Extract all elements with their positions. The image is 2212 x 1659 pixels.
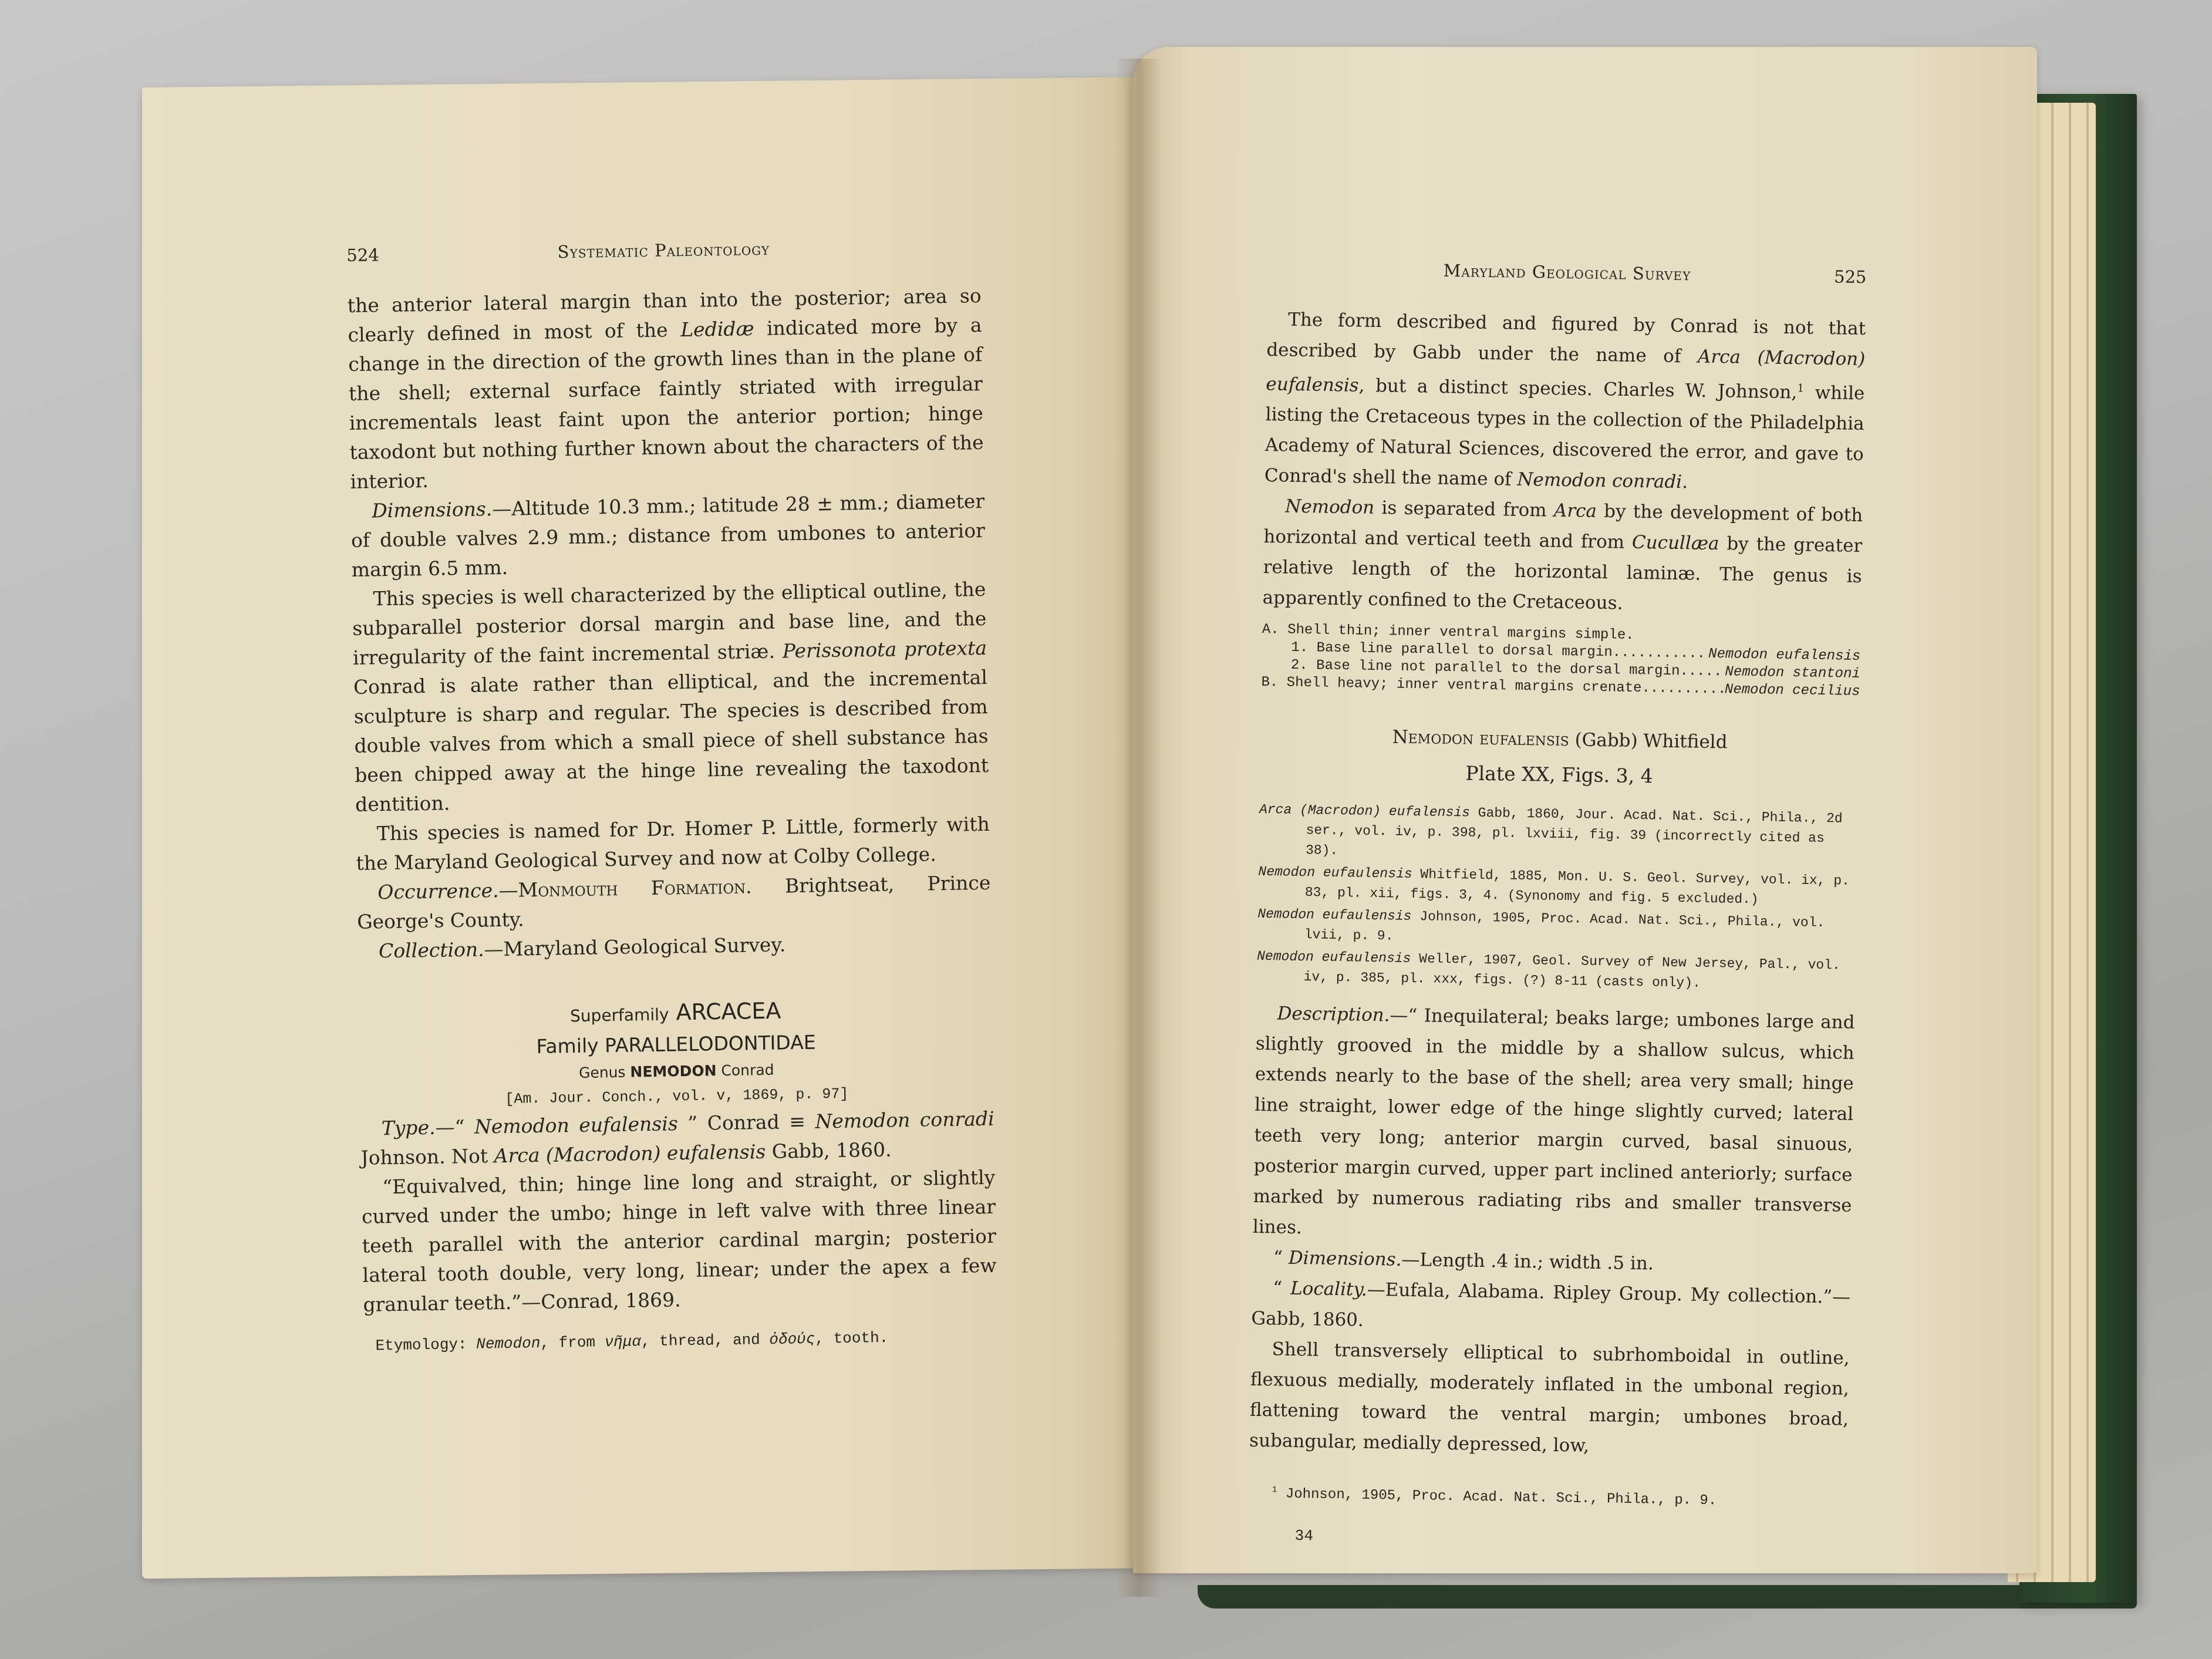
text: —Maryland Geological Survey. (484, 933, 785, 960)
text: Johnson. Not (360, 1144, 494, 1169)
section-label: Dimensions. (1289, 1247, 1402, 1270)
description-paragraph: Description.—“ Inequilateral; beaks larg… (1253, 998, 1855, 1252)
paragraph: The form described and figured by Conrad… (1265, 304, 1866, 500)
taxon-name: Nemodon eufaulensis (1257, 906, 1412, 924)
taxon-name: Nemodon conradi (815, 1107, 994, 1133)
text: —“ (435, 1115, 474, 1139)
leader-dots (1612, 645, 1708, 664)
locality-paragraph: “ Locality.—Eufala, Alabama. Ripley Grou… (1251, 1273, 1851, 1343)
taxon-name: Cucullæa (1632, 532, 1719, 554)
footnote-marker: 1 (1797, 382, 1804, 394)
footnote: 1 Johnson, 1905, Proc. Acad. Nat. Sci., … (1248, 1475, 1847, 1519)
text: is separated from (1374, 497, 1554, 521)
text: “ (1273, 1278, 1290, 1299)
running-head-title: Systematic Paleontology (440, 232, 887, 269)
section-label: Collection. (379, 938, 484, 962)
species-heading: Nemodon eufalensis (Gabb) Whitfield (1260, 720, 1860, 760)
type-paragraph: Type.—“ Nemodon eufalensis ” Conrad ≡ Ne… (360, 1104, 994, 1173)
taxon-name: Nemodon (1285, 496, 1375, 518)
greek-word: ὀδούς (769, 1330, 815, 1348)
taxon-name: Nemodon eufaulensis (1258, 864, 1412, 882)
taxon-name: Nemodon (476, 1334, 541, 1353)
text: —“ Inequilateral; beaks large; umbones l… (1253, 1005, 1855, 1239)
text: . (1682, 471, 1688, 493)
section-label: Dimensions. (372, 497, 493, 522)
section-label: Occurrence. (377, 879, 499, 903)
synonymy-entry: Nemodon eufaulensis Weller, 1907, Geol. … (1256, 946, 1856, 996)
right-page-text: Maryland Geological Survey 525 The form … (1247, 252, 1867, 1560)
heading-prefix: Family (536, 1034, 599, 1058)
taxon-name: Ledidæ (680, 317, 754, 341)
taxon-name: Arca (Macrodon) eufalensis (1259, 802, 1470, 821)
etymology-label: Etymology: (375, 1336, 476, 1355)
heading-prefix: Superfamily (570, 1005, 669, 1026)
key-value: Nemodon stantoni (1725, 664, 1860, 684)
taxon-name: Nemodon eufalensis (474, 1112, 678, 1138)
dimensions-paragraph: Dimensions.—Altitude 10.3 mm.; latitude … (350, 487, 986, 585)
leader-dots (1680, 663, 1725, 681)
key-value: Nemodon eufalensis (1708, 646, 1861, 666)
book-gutter (1115, 59, 1162, 1597)
synonymy-list: Arca (Macrodon) eufalensis Gabb, 1860, J… (1256, 800, 1858, 996)
heading-name: NEMODON (630, 1062, 716, 1080)
paragraph: This species is named for Dr. Homer P. L… (355, 810, 990, 878)
text: , from (540, 1333, 605, 1352)
text: , thread, and (641, 1331, 770, 1350)
heading-name: PARALLELODONTIDAE (605, 1031, 816, 1057)
identification-key: A. Shell thin; inner ventral margins sim… (1261, 621, 1861, 701)
taxon-name: Perissonota protexta (782, 636, 987, 662)
text: Gabb, 1860. (766, 1138, 892, 1163)
synonymy-entry: Nemodon eufaulensis Whitfield, 1885, Mon… (1258, 862, 1857, 911)
text: “ (1273, 1247, 1289, 1269)
conrad-quote: “Equivalved, thin; hinge line long and s… (361, 1163, 997, 1320)
paragraph: Shell transversely elliptical to subrhom… (1249, 1334, 1850, 1465)
taxon-name: Arca (Macrodon) eufalensis (494, 1140, 766, 1167)
leader-dots (1641, 680, 1725, 699)
species-name: Nemodon eufalensis (1392, 727, 1569, 751)
page-number: 524 (346, 239, 441, 270)
heading-name: ARCACEA (676, 998, 781, 1026)
left-page-text: 524 Systematic Paleontology the anterior… (346, 231, 998, 1361)
section-label: Description. (1277, 1003, 1390, 1026)
text: , tooth. (815, 1329, 888, 1348)
greek-word: νῆμα (604, 1333, 641, 1351)
text: ” Conrad ≡ (677, 1110, 815, 1135)
species-author: (Gabb) Whitfield (1569, 729, 1727, 753)
key-value: Nemodon cecilius (1725, 682, 1860, 702)
text: Conrad is alate rather than elliptical, … (353, 666, 989, 816)
text: —Length .4 in.; width .5 in. (1401, 1249, 1654, 1274)
paragraph: the anterior lateral margin than into th… (347, 281, 984, 497)
plate-reference: Plate XX, Figs. 3, 4 (1260, 755, 1859, 795)
book-cover-bottom-edge (1198, 1585, 2137, 1609)
taxon-name: Nemodon eufaulensis (1257, 949, 1411, 966)
synonymy-entry: Arca (Macrodon) eufalensis Gabb, 1860, J… (1259, 800, 1858, 869)
page-number: 525 (1808, 261, 1867, 292)
taxon-name: Nemodon conradi (1517, 469, 1682, 493)
occurrence-paragraph: Occurrence.—Monmouth Formation. Brightse… (356, 868, 991, 937)
paragraph: This species is well characterized by th… (352, 575, 989, 820)
section-label: Locality. (1290, 1278, 1367, 1300)
footnote-marker: 1 (1272, 1486, 1277, 1495)
section-label: Type. (381, 1116, 435, 1139)
footnote-text: Johnson, 1905, Proc. Acad. Nat. Sci., Ph… (1277, 1486, 1717, 1509)
paragraph: Nemodon is separated from Arca by the de… (1262, 491, 1863, 622)
text: — (498, 879, 518, 902)
formation-name: Monmouth Formation. (518, 875, 752, 901)
taxon-name: Arca (1554, 500, 1597, 522)
heading-prefix: Genus (579, 1064, 626, 1081)
heading-author: Conrad (721, 1061, 774, 1079)
synonymy-entry: Nemodon eufaulensis Johnson, 1905, Proc.… (1257, 904, 1856, 953)
text: , but a distinct species. Charles W. Joh… (1358, 375, 1797, 403)
